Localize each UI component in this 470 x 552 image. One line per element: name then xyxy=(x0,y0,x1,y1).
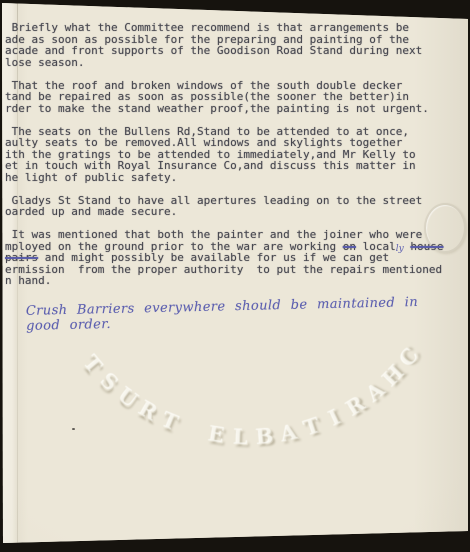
typed-paragraph: The seats on the Bullens Rd,Stand to be … xyxy=(5,126,465,184)
typed-segment: he light of public safety. xyxy=(5,171,177,184)
typed-text: Briefly what the Committee recommend is … xyxy=(5,22,465,298)
watermark-letter: T xyxy=(301,413,324,442)
watermark-letter: A xyxy=(279,419,300,447)
struck-word: house xyxy=(410,240,443,253)
typed-paragraph: That the roof and broken windows of the … xyxy=(5,80,465,115)
handwritten-note: Crush Barriers everywhere should be main… xyxy=(26,294,457,334)
watermark-letter: B xyxy=(255,424,275,450)
watermark-letter: E xyxy=(207,422,227,449)
typed-line: he light of public safety. xyxy=(5,172,465,184)
watermark-letter: R xyxy=(342,391,370,421)
typed-segment: n hand. xyxy=(5,274,51,287)
typed-segment: oarded up and made secure. xyxy=(5,205,177,218)
typed-line: lose season. xyxy=(5,57,465,69)
typed-segment: ermission from the proper authority to p… xyxy=(5,263,442,276)
typed-line: oarded up and made secure. xyxy=(5,206,465,218)
typed-line: ermission from the proper authority to p… xyxy=(5,264,465,276)
watermark-letter: T xyxy=(158,407,182,436)
ink-speck xyxy=(72,428,75,430)
document-page: CHARITABLETRUST Briefly what the Committ… xyxy=(0,0,470,552)
handwritten-insert: ly xyxy=(396,244,404,254)
typed-line: rder to make the stand weather proof,the… xyxy=(5,103,465,115)
typed-segment: rder to make the stand weather proof,the… xyxy=(5,102,429,115)
watermark-letter: L xyxy=(233,425,249,450)
typed-paragraph: Briefly what the Committee recommend is … xyxy=(5,22,465,68)
typed-segment: lose season. xyxy=(5,56,84,69)
typed-paragraph: Gladys St Stand to have all apertures le… xyxy=(5,195,465,218)
typed-paragraph: It was mentioned that both the painter a… xyxy=(5,229,465,287)
watermark-letter: R xyxy=(135,396,162,426)
watermark-letter: I xyxy=(325,404,345,431)
watermark-letter: T xyxy=(78,351,107,379)
photo-background: CHARITABLETRUST Briefly what the Committ… xyxy=(0,0,470,552)
typed-line: n hand. xyxy=(5,275,465,287)
